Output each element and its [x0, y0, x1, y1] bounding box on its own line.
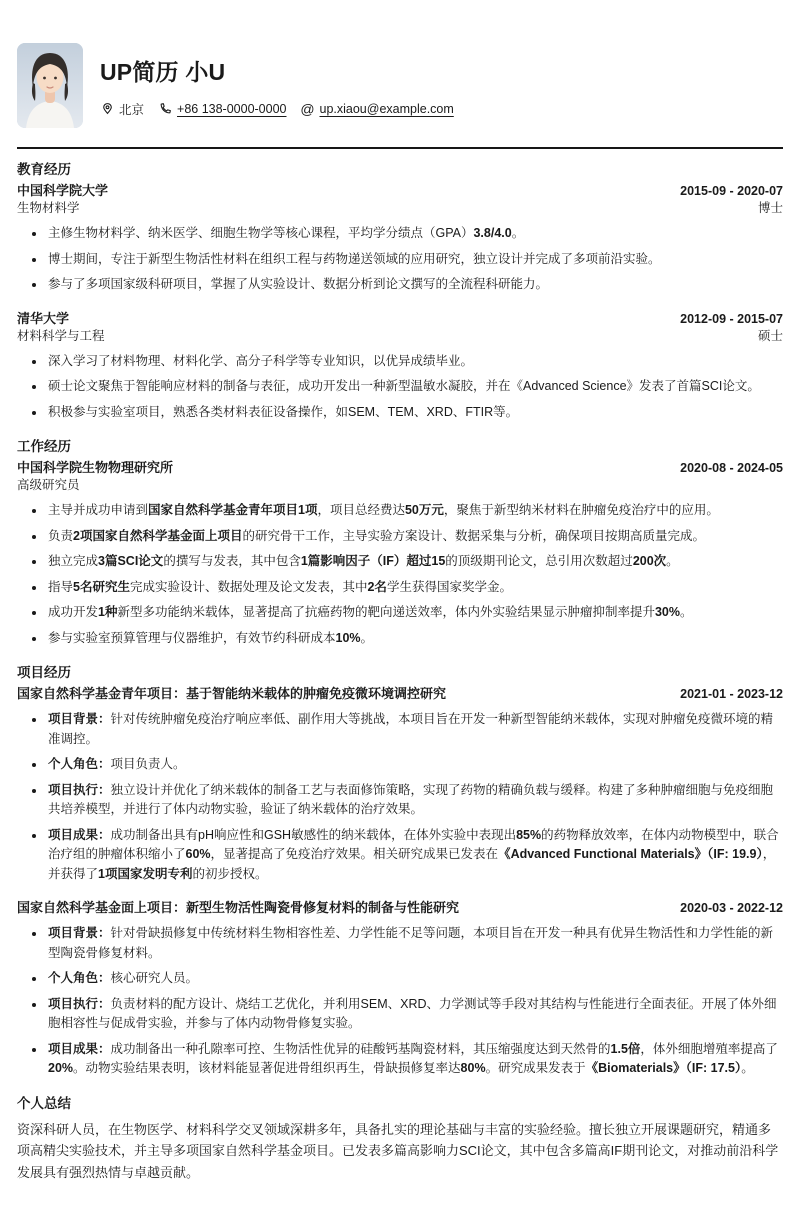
bullet-item: 主修生物材料学、纳米医学、细胞生物学等核心课程，平均学分绩点（GPA）3.8/4… — [17, 224, 783, 244]
entry-date: 2020-08 - 2024-05 — [680, 459, 783, 477]
bullet-item: 参与实验室预算管理与仪器维护，有效节约科研成本10%。 — [17, 629, 783, 649]
org-name: 中国科学院生物物理研究所 — [17, 459, 173, 477]
entry-sub: 材料科学与工程 硕士 — [17, 328, 783, 345]
project-entry: 国家自然科学基金面上项目：新型生物活性陶瓷骨修复材料的制备与性能研究 2020-… — [17, 899, 783, 1079]
bullet-list: 项目背景：针对骨缺损修复中传统材料生物相容性差、力学性能不足等问题，本项目旨在开… — [17, 924, 783, 1079]
resume-page: UP简历 小U 北京 +86 138-0000-0000 @ up.xiao — [0, 0, 800, 1213]
entry-head: 中国科学院大学 2015-09 - 2020-07 — [17, 182, 783, 200]
bullet-item: 硕士论文聚焦于智能响应材料的制备与表征，成功开发出一种新型温敏水凝胶，并在《Ad… — [17, 377, 783, 397]
org-name: 清华大学 — [17, 310, 69, 328]
summary-section-title: 个人总结 — [17, 1094, 783, 1113]
bullet-item: 博士期间，专注于新型生物活性材料在组织工程与药物递送领域的应用研究，独立设计并完… — [17, 250, 783, 270]
bullet-item: 指导5名研究生完成实验设计、数据处理及论文发表，其中2名学生获得国家奖学金。 — [17, 578, 783, 598]
section-projects: 项目经历 国家自然科学基金青年项目：基于智能纳米载体的肿瘤免疫微环境调控研究 2… — [17, 663, 783, 1079]
project-title: 国家自然科学基金青年项目：基于智能纳米载体的肿瘤免疫微环境调控研究 — [17, 685, 446, 703]
bullet-item: 个人角色：核心研究人员。 — [17, 969, 783, 989]
section-education: 教育经历 中国科学院大学 2015-09 - 2020-07 生物材料学 博士 … — [17, 160, 783, 422]
work-entry: 中国科学院生物物理研究所 2020-08 - 2024-05 高级研究员 主导并… — [17, 459, 783, 648]
section-work: 工作经历 中国科学院生物物理研究所 2020-08 - 2024-05 高级研究… — [17, 437, 783, 648]
bullet-item: 项目执行：独立设计并优化了纳米载体的制备工艺与表面修饰策略，实现了药物的精确负载… — [17, 781, 783, 820]
bullet-item: 项目背景：针对骨缺损修复中传统材料生物相容性差、力学性能不足等问题，本项目旨在开… — [17, 924, 783, 963]
summary-text: 资深科研人员，在生物医学、材料科学交叉领域深耕多年，具备扎实的理论基础与丰富的实… — [17, 1119, 783, 1184]
email-link[interactable]: up.xiaou@example.com — [320, 102, 454, 116]
entry-head: 国家自然科学基金青年项目：基于智能纳米载体的肿瘤免疫微环境调控研究 2021-0… — [17, 685, 783, 703]
job-title: 高级研究员 — [17, 477, 80, 494]
project-entry: 国家自然科学基金青年项目：基于智能纳米载体的肿瘤免疫微环境调控研究 2021-0… — [17, 685, 783, 884]
candidate-name: UP简历 小U — [100, 54, 454, 87]
bullet-item: 项目执行：负责材料的配方设计、烧结工艺优化，并利用SEM、XRD、力学测试等手段… — [17, 995, 783, 1034]
project-title: 国家自然科学基金面上项目：新型生物活性陶瓷骨修复材料的制备与性能研究 — [17, 899, 459, 917]
degree-text: 博士 — [758, 200, 783, 217]
bullet-item: 个人角色：项目负责人。 — [17, 755, 783, 775]
bullet-item: 深入学习了材料物理、材料化学、高分子科学等专业知识，以优异成绩毕业。 — [17, 352, 783, 372]
entry-head: 国家自然科学基金面上项目：新型生物活性陶瓷骨修复材料的制备与性能研究 2020-… — [17, 899, 783, 917]
bullet-item: 项目成果：成功制备出一种孔隙率可控、生物活性优异的硅酸钙基陶瓷材料，其压缩强度达… — [17, 1040, 783, 1079]
education-entry: 中国科学院大学 2015-09 - 2020-07 生物材料学 博士 主修生物材… — [17, 182, 783, 295]
resume-header: UP简历 小U 北京 +86 138-0000-0000 @ up.xiao — [17, 43, 783, 128]
entry-sub: 生物材料学 博士 — [17, 200, 783, 217]
bullet-item: 项目成果：成功制备出具有pH响应性和GSH敏感性的纳米载体，在体外实验中表现出8… — [17, 826, 783, 885]
profile-photo-image — [17, 43, 83, 128]
bullet-item: 成功开发1种新型多功能纳米载体，显著提高了抗癌药物的靶向递送效率，体内外实验结果… — [17, 603, 783, 623]
bullet-list: 项目背景：针对传统肿瘤免疫治疗响应率低、副作用大等挑战，本项目旨在开发一种新型智… — [17, 710, 783, 884]
location-text: 北京 — [119, 100, 144, 118]
bullet-list: 深入学习了材料物理、材料化学、高分子科学等专业知识，以优异成绩毕业。 硕士论文聚… — [17, 352, 783, 423]
bullet-item: 积极参与实验室项目，熟悉各类材料表征设备操作，如SEM、TEM、XRD、FTIR… — [17, 403, 783, 423]
bullet-list: 主导并成功申请到国家自然科学基金青年项目1项，项目总经费达50万元，聚焦于新型纳… — [17, 501, 783, 648]
entry-head: 清华大学 2012-09 - 2015-07 — [17, 310, 783, 328]
work-section-title: 工作经历 — [17, 437, 783, 456]
major-text: 生物材料学 — [17, 200, 80, 217]
location-pin-icon — [100, 102, 114, 116]
bullet-item: 独立完成3篇SCI论文的撰写与发表，其中包含1篇影响因子（IF）超过15的顶级期… — [17, 552, 783, 572]
entry-sub: 高级研究员 — [17, 477, 783, 494]
education-section-title: 教育经历 — [17, 160, 783, 179]
phone-link[interactable]: +86 138-0000-0000 — [177, 102, 286, 116]
bullet-item: 参与了多项国家级科研项目，掌握了从实验设计、数据分析到论文撰写的全流程科研能力。 — [17, 275, 783, 295]
entry-head: 中国科学院生物物理研究所 2020-08 - 2024-05 — [17, 459, 783, 477]
bullet-item: 项目背景：针对传统肿瘤免疫治疗响应率低、副作用大等挑战，本项目旨在开发一种新型智… — [17, 710, 783, 749]
org-name: 中国科学院大学 — [17, 182, 108, 200]
email-item: @ up.xiaou@example.com — [301, 102, 454, 116]
section-summary: 个人总结 资深科研人员，在生物医学、材料科学交叉领域深耕多年，具备扎实的理论基础… — [17, 1094, 783, 1184]
profile-photo — [17, 43, 83, 128]
at-icon: @ — [301, 102, 315, 116]
education-entry: 清华大学 2012-09 - 2015-07 材料科学与工程 硕士 深入学习了材… — [17, 310, 783, 423]
project-date: 2021-01 - 2023-12 — [680, 685, 783, 703]
header-divider — [17, 147, 783, 149]
bullet-list: 主修生物材料学、纳米医学、细胞生物学等核心课程，平均学分绩点（GPA）3.8/4… — [17, 224, 783, 295]
major-text: 材料科学与工程 — [17, 328, 105, 345]
degree-text: 硕士 — [758, 328, 783, 345]
entry-date: 2012-09 - 2015-07 — [680, 310, 783, 328]
bullet-item: 负责2项国家自然科学基金面上项目的研究骨干工作，主导实验方案设计、数据采集与分析… — [17, 527, 783, 547]
location-item: 北京 — [100, 100, 144, 118]
projects-section-title: 项目经历 — [17, 663, 783, 682]
contact-row: 北京 +86 138-0000-0000 @ up.xiaou@example.… — [100, 100, 454, 118]
project-date: 2020-03 - 2022-12 — [680, 899, 783, 917]
phone-item: +86 138-0000-0000 — [158, 102, 286, 116]
header-info: UP简历 小U 北京 +86 138-0000-0000 @ up.xiao — [100, 54, 454, 118]
bullet-item: 主导并成功申请到国家自然科学基金青年项目1项，项目总经费达50万元，聚焦于新型纳… — [17, 501, 783, 521]
entry-date: 2015-09 - 2020-07 — [680, 182, 783, 200]
phone-icon — [158, 102, 172, 116]
